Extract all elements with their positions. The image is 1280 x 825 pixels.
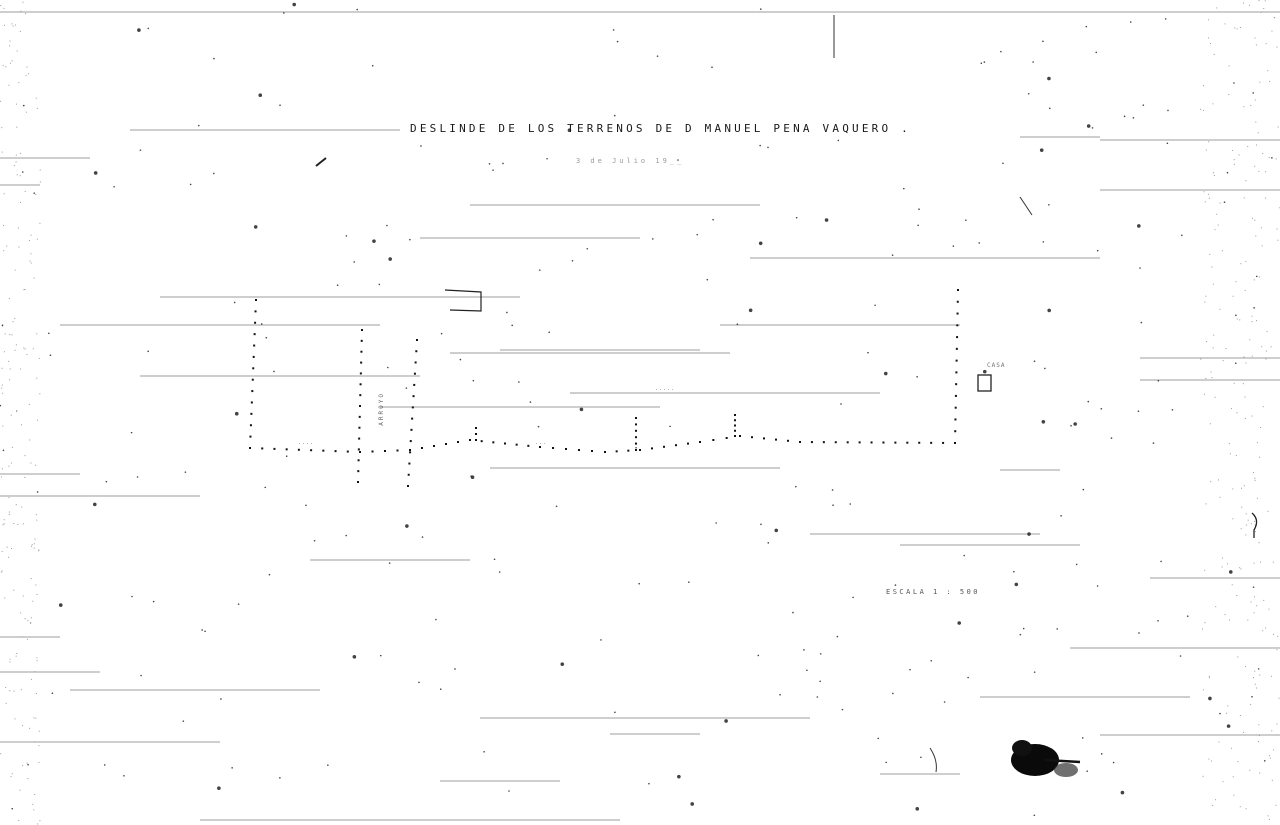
boundary-label: .... (298, 440, 314, 446)
house-symbol (978, 375, 991, 391)
bracket-mark (445, 290, 481, 311)
boundary-label: ... (535, 440, 547, 446)
stray-mark (1020, 197, 1032, 215)
stray-mark (1252, 513, 1257, 538)
house-label: CASA (987, 362, 1005, 369)
survey-plan-sheet: DESLINDE DE LOS TERRENOS DE D MANUEL PEN… (0, 0, 1280, 825)
stray-mark (930, 748, 936, 772)
stray-mark (316, 158, 326, 166)
boundary-label: ..... (655, 386, 675, 392)
ink-blot (1011, 740, 1080, 777)
plan-date: 3 de Julio 19__ (576, 157, 684, 165)
property-boundary (249, 289, 959, 487)
stream-label: ARROYO (378, 392, 385, 426)
plan-title: DESLINDE DE LOS TERRENOS DE D MANUEL PEN… (410, 122, 911, 135)
scale-label: ESCALA 1 : 500 (886, 588, 980, 596)
